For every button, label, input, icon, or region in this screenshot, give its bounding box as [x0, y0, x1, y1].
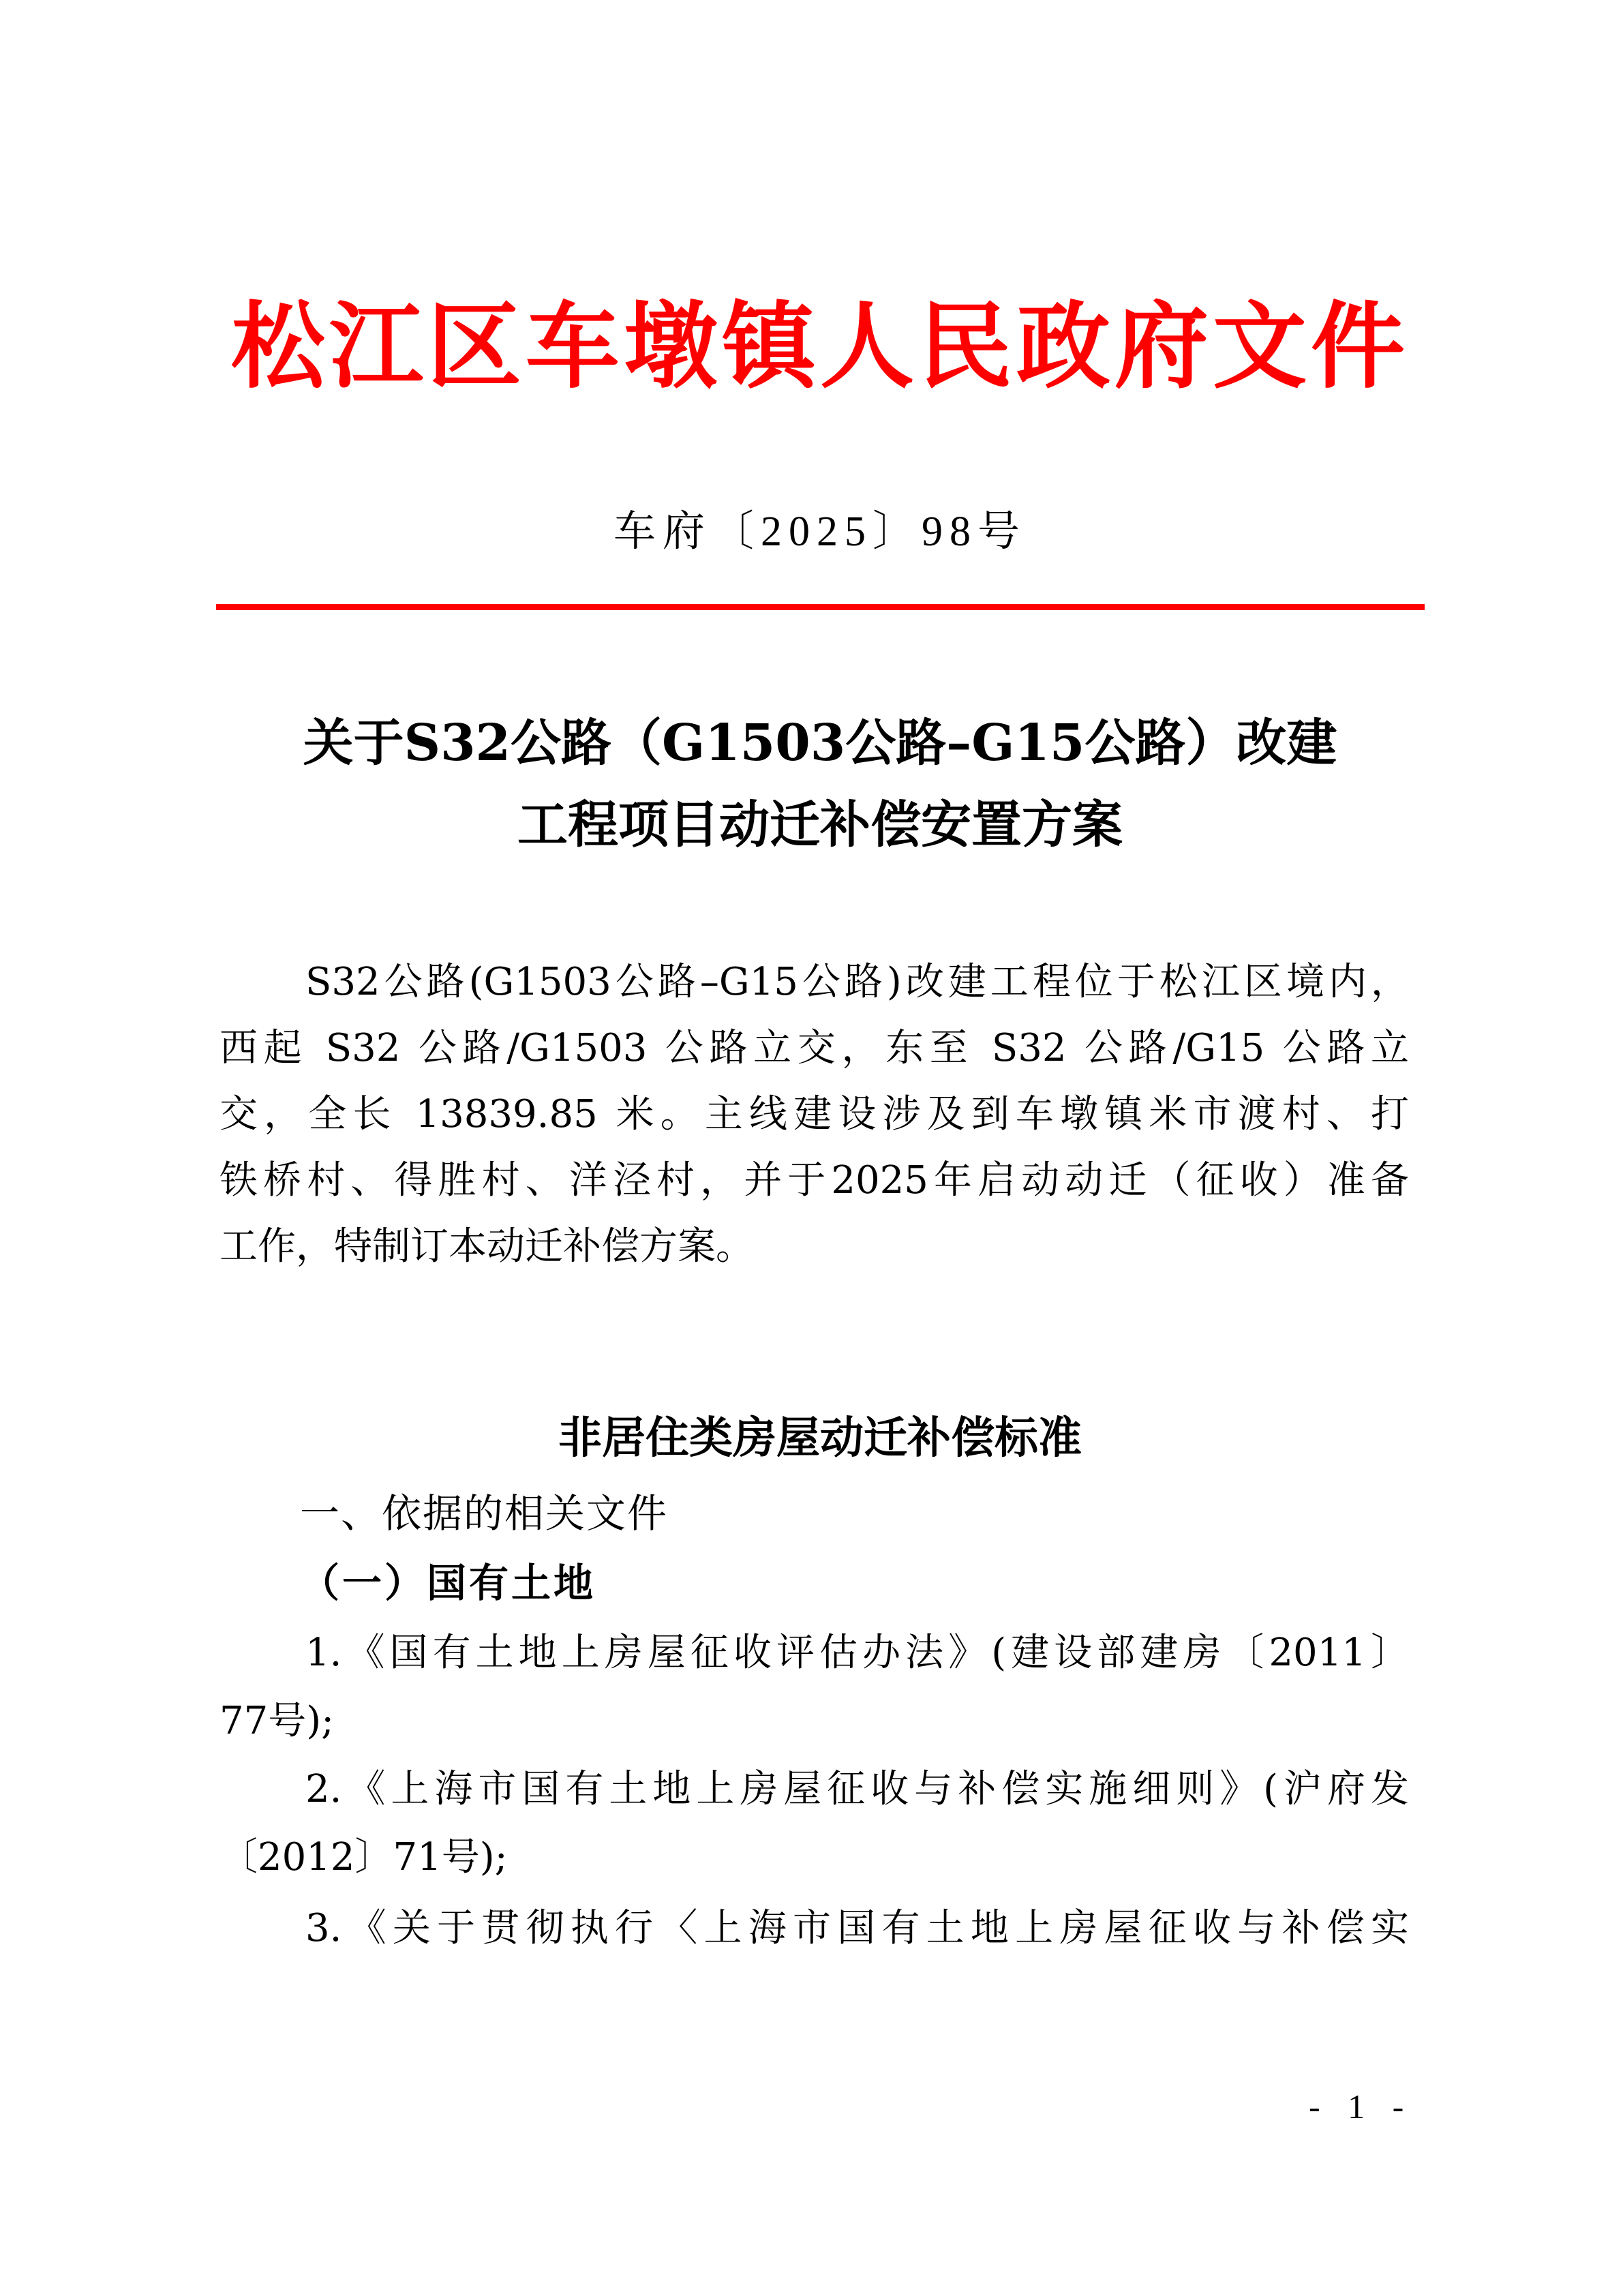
reference-line: 1.《国有土地上房屋征收评估办法》(建设部建房〔2011〕	[305, 1620, 1409, 1686]
paragraph-line: 交，全长 13839.85 米。主线建设涉及到车墩镇米市渡村、打	[219, 1081, 1409, 1147]
heading-level-2: （一）国有土地	[300, 1549, 596, 1617]
paragraph-line: S32公路(G1503公路–G15公路)改建工程位于松江区境内，	[305, 949, 1409, 1015]
reference-line: 3.《关于贯彻执行〈上海市国有土地上房屋征收与补偿实	[305, 1895, 1409, 1961]
red-divider-line	[216, 604, 1425, 610]
document-number: 车府〔2025〕98号	[217, 498, 1423, 566]
reference-line: 〔2012〕71号);	[219, 1824, 1409, 1890]
reference-line: 77号);	[219, 1688, 1409, 1754]
heading-level-1: 一、依据的相关文件	[300, 1479, 668, 1547]
section-title: 非居住类房屋动迁补偿标准	[217, 1404, 1423, 1472]
masthead-title: 松江区车墩镇人民政府文件	[217, 285, 1423, 408]
page-number: - 1 -	[1309, 2086, 1413, 2127]
paragraph-line: 西起 S32 公路/G1503 公路立交，东至 S32 公路/G15 公路立	[219, 1015, 1409, 1081]
paragraph-line: 工作，特制订本动迁补偿方案。	[219, 1213, 1409, 1280]
document-headline-line2: 工程项目动迁补偿安置方案	[217, 784, 1423, 866]
paragraph-line: 铁桥村、得胜村、洋泾村，并于2025年启动动迁（征收）准备	[219, 1147, 1409, 1213]
document-headline-line1: 关于S32公路（G1503公路–G15公路）改建	[217, 702, 1423, 784]
reference-line: 2.《上海市国有土地上房屋征收与补偿实施细则》(沪府发	[305, 1756, 1409, 1822]
